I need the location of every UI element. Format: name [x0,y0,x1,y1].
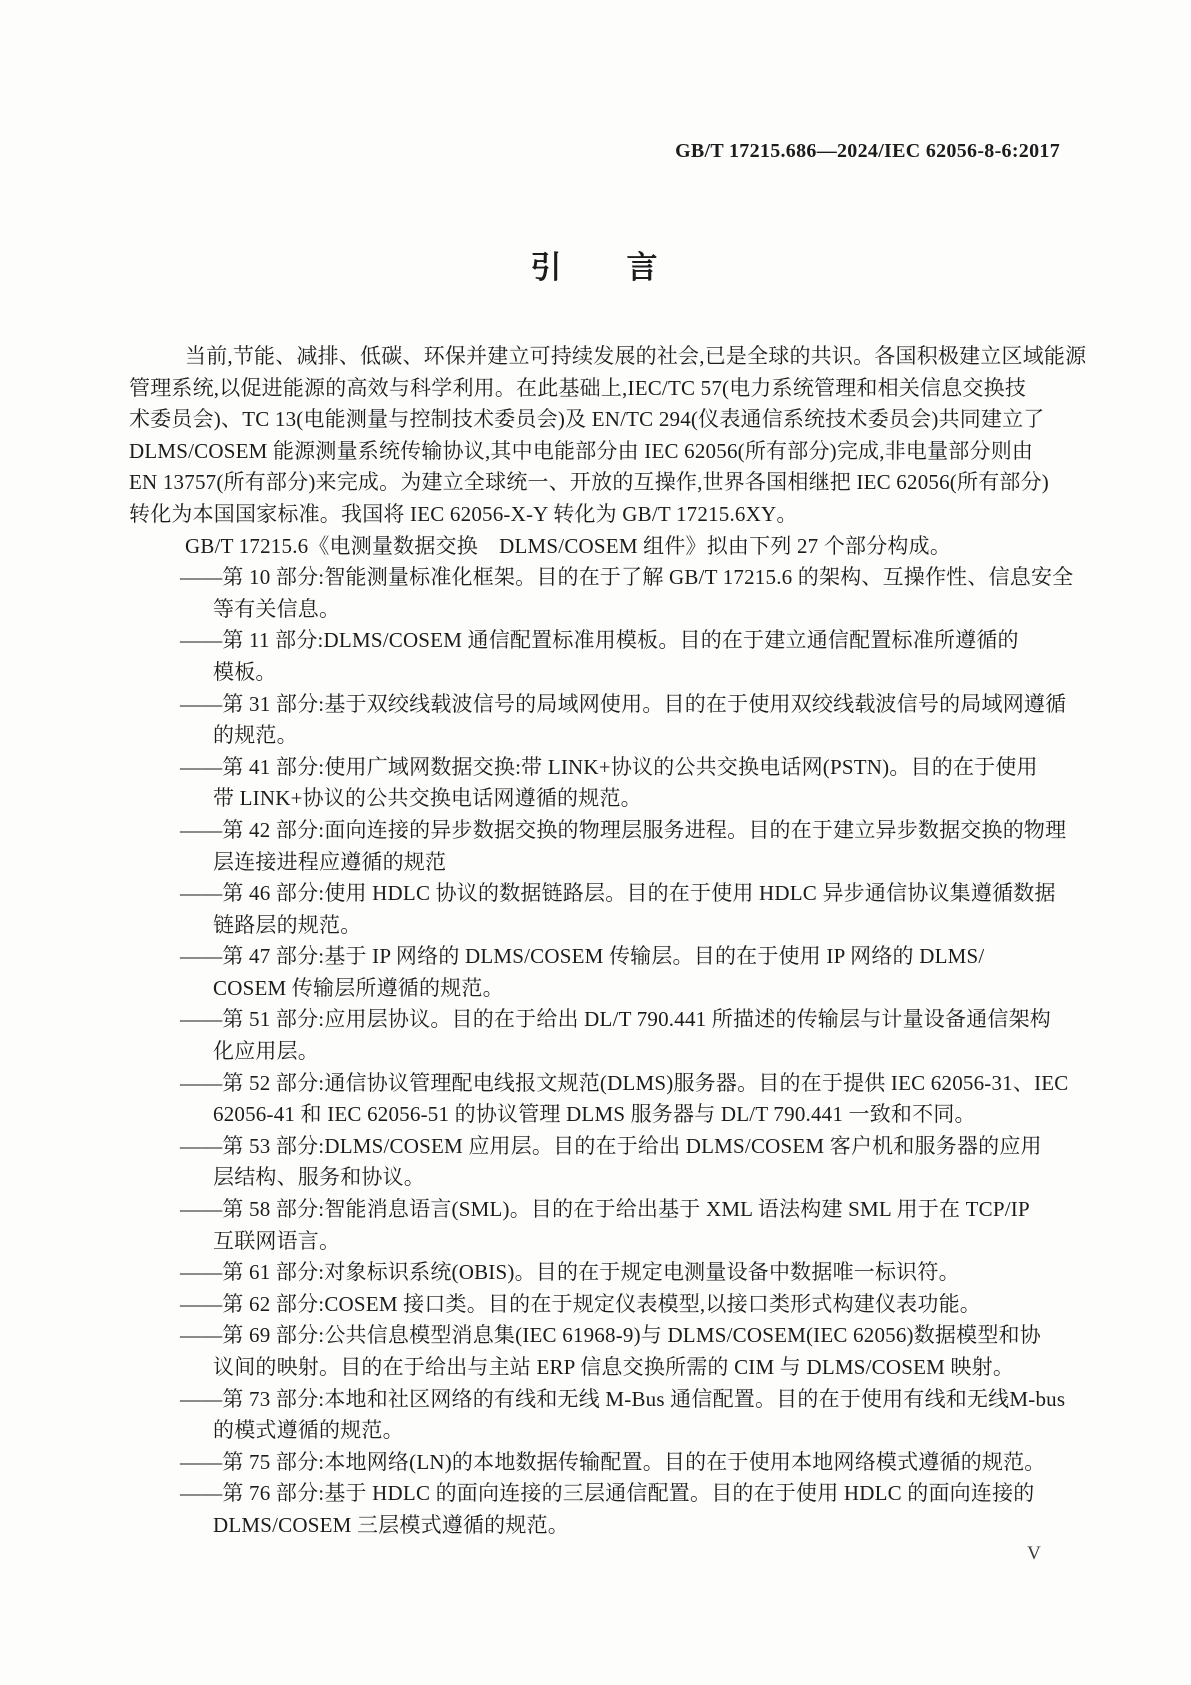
standard-number-header: GB/T 17215.686—2024/IEC 62056-8-6:2017 [129,140,1060,163]
list-item-line: ——第 53 部分:DLMS/COSEM 应用层。目的在于给出 DLMS/COS… [129,1131,1069,1163]
list-item-continuation-line: 等有关信息。 [129,594,1069,626]
document-page: GB/T 17215.686—2024/IEC 62056-8-6:2017 引… [0,0,1191,1685]
list-item-continuation-line: 的规范。 [129,720,1069,752]
list-item-continuation-line: 带 LINK+协议的公共交换电话网遵循的规范。 [129,783,1069,815]
list-item-line: ——第 41 部分:使用广域网数据交换:带 LINK+协议的公共交换电话网(PS… [129,752,1069,784]
list-item-continuation-line: 议间的映射。目的在于给出与主站 ERP 信息交换所需的 CIM 与 DLMS/C… [129,1352,1069,1384]
list-item-line: ——第 46 部分:使用 HDLC 协议的数据链路层。目的在于使用 HDLC 异… [129,878,1069,910]
list-item-line: ——第 69 部分:公共信息模型消息集(IEC 61968-9)与 DLMS/C… [129,1320,1069,1352]
list-item-line: ——第 61 部分:对象标识系统(OBIS)。目的在于规定电测量设备中数据唯一标… [129,1257,1069,1289]
list-item-continuation-line: 模板。 [129,657,1069,689]
list-item-continuation-line: 层结构、服务和协议。 [129,1162,1069,1194]
paragraph-line: 当前,节能、减排、低碳、环保并建立可持续发展的社会,已是全球的共识。各国积极建立… [129,341,1069,373]
document-body: 当前,节能、减排、低碳、环保并建立可持续发展的社会,已是全球的共识。各国积极建立… [129,341,1069,1542]
list-item-continuation-line: 层连接进程应遵循的规范 [129,847,1069,879]
list-item-line: ——第 76 部分:基于 HDLC 的面向连接的三层通信配置。目的在于使用 HD… [129,1478,1069,1510]
list-item-line: ——第 51 部分:应用层协议。目的在于给出 DL/T 790.441 所描述的… [129,1004,1069,1036]
list-item-line: ——第 73 部分:本地和社区网络的有线和无线 M-Bus 通信配置。目的在于使… [129,1384,1069,1416]
list-item-line: ——第 31 部分:基于双绞线载波信号的局域网使用。目的在于使用双绞线载波信号的… [129,689,1069,721]
list-item-line: ——第 10 部分:智能测量标准化框架。目的在于了解 GB/T 17215.6 … [129,562,1069,594]
list-item-line: ——第 62 部分:COSEM 接口类。目的在于规定仪表模型,以接口类形式构建仪… [129,1289,1069,1321]
paragraph-line: GB/T 17215.6《电测量数据交换 DLMS/COSEM 组件》拟由下列 … [129,531,1069,563]
list-item-continuation-line: DLMS/COSEM 三层模式遵循的规范。 [129,1510,1069,1542]
list-item-continuation-line: 链路层的规范。 [129,910,1069,942]
paragraph-line: DLMS/COSEM 能源测量系统传输协议,其中电能部分由 IEC 62056(… [129,436,1069,468]
list-item-line: ——第 11 部分:DLMS/COSEM 通信配置标准用模板。目的在于建立通信配… [129,625,1069,657]
page-number: V [1004,1543,1064,1565]
paragraph-line: 转化为本国国家标准。我国将 IEC 62056-X-Y 转化为 GB/T 172… [129,499,1069,531]
page-title: 引 言 [129,242,1060,287]
list-item-continuation-line: 的模式遵循的规范。 [129,1415,1069,1447]
paragraph-line: 术委员会)、TC 13(电能测量与控制技术委员会)及 EN/TC 294(仪表通… [129,404,1069,436]
list-item-continuation-line: 互联网语言。 [129,1226,1069,1258]
list-item-line: ——第 75 部分:本地网络(LN)的本地数据传输配置。目的在于使用本地网络模式… [129,1447,1069,1479]
paragraph-line: EN 13757(所有部分)来完成。为建立全球统一、开放的互操作,世界各国相继把… [129,467,1069,499]
list-item-continuation-line: 化应用层。 [129,1036,1069,1068]
list-item-line: ——第 52 部分:通信协议管理配电线报文规范(DLMS)服务器。目的在于提供 … [129,1068,1069,1100]
list-item-continuation-line: COSEM 传输层所遵循的规范。 [129,973,1069,1005]
list-item-line: ——第 58 部分:智能消息语言(SML)。目的在于给出基于 XML 语法构建 … [129,1194,1069,1226]
list-item-line: ——第 42 部分:面向连接的异步数据交换的物理层服务进程。目的在于建立异步数据… [129,815,1069,847]
paragraph-line: 管理系统,以促进能源的高效与科学利用。在此基础上,IEC/TC 57(电力系统管… [129,373,1069,405]
list-item-line: ——第 47 部分:基于 IP 网络的 DLMS/COSEM 传输层。目的在于使… [129,941,1069,973]
list-item-continuation-line: 62056-41 和 IEC 62056-51 的协议管理 DLMS 服务器与 … [129,1099,1069,1131]
